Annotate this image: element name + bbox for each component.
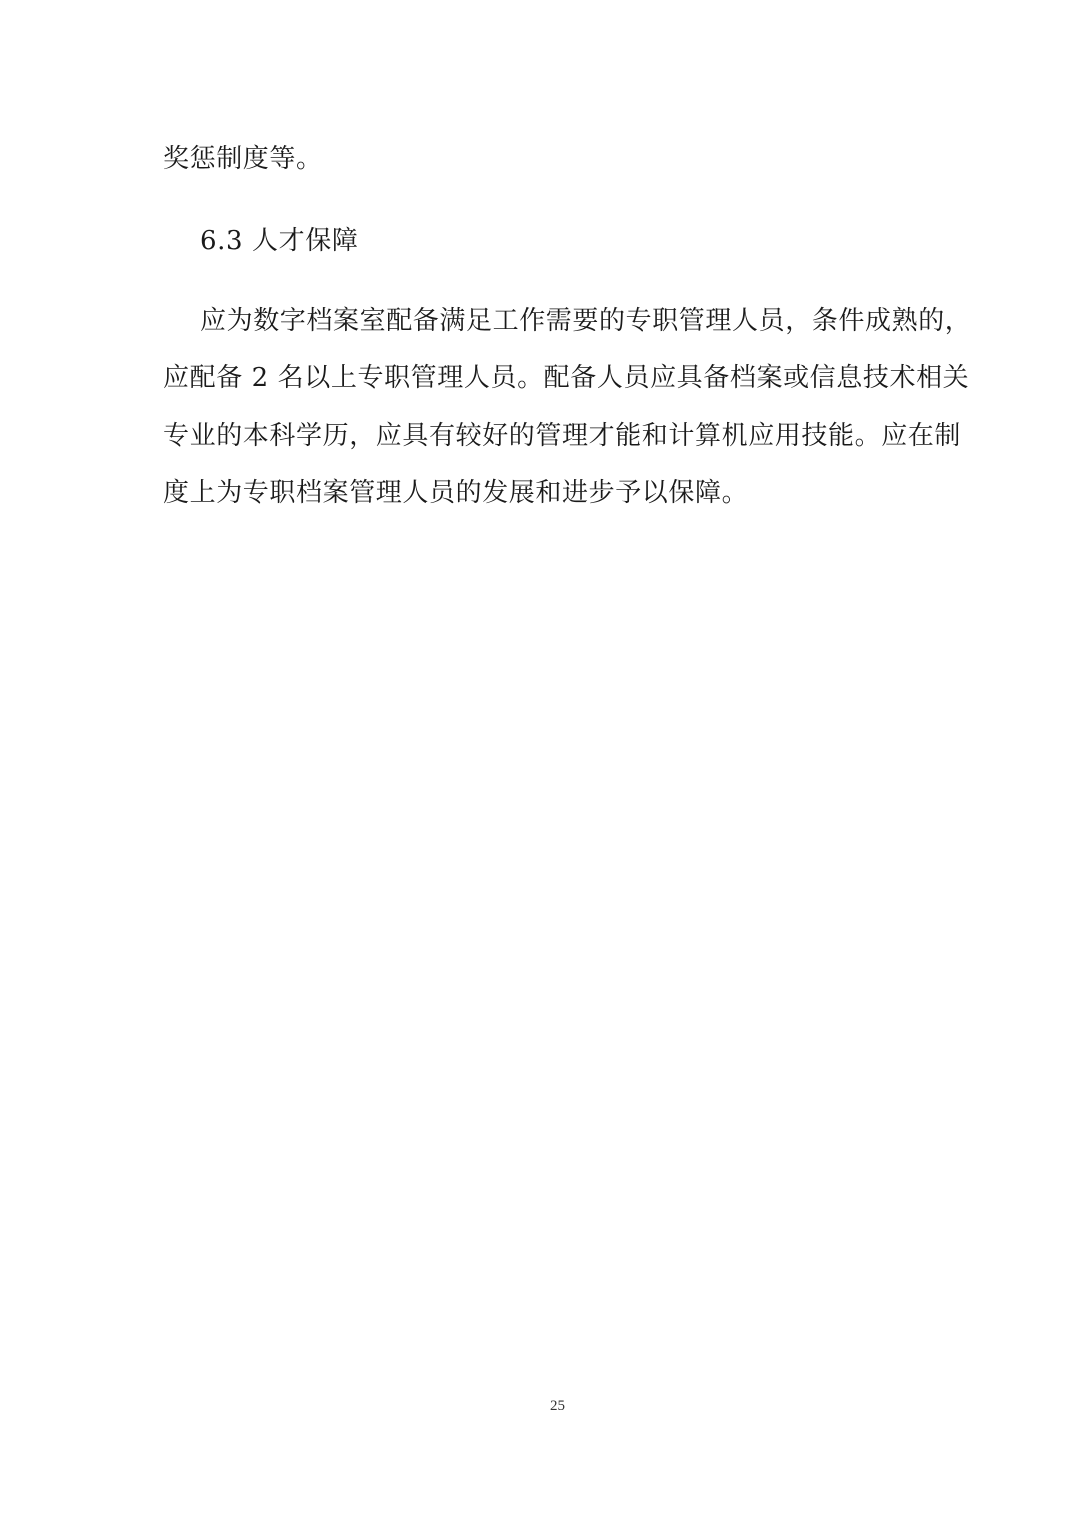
continuation-text: 奖惩制度等。 [163,143,323,175]
document-page: 奖惩制度等。 6.3 人才保障 应为数字档案室配备满足工作需要的专职管理人员，条… [0,0,1080,1527]
section-heading: 6.3 人才保障 [200,225,358,257]
paragraph-line: 专业的本科学历，应具有较好的管理才能和计算机应用技能。应在制 [163,420,961,452]
paragraph-line: 应为数字档案室配备满足工作需要的专职管理人员，条件成熟的， [200,305,971,337]
page-number: 25 [0,1396,1080,1416]
paragraph-line: 度上为专职档案管理人员的发展和进步予以保障。 [163,477,748,509]
paragraph-line: 应配备 2 名以上专职管理人员。配备人员应具备档案或信息技术相关 [163,362,969,394]
